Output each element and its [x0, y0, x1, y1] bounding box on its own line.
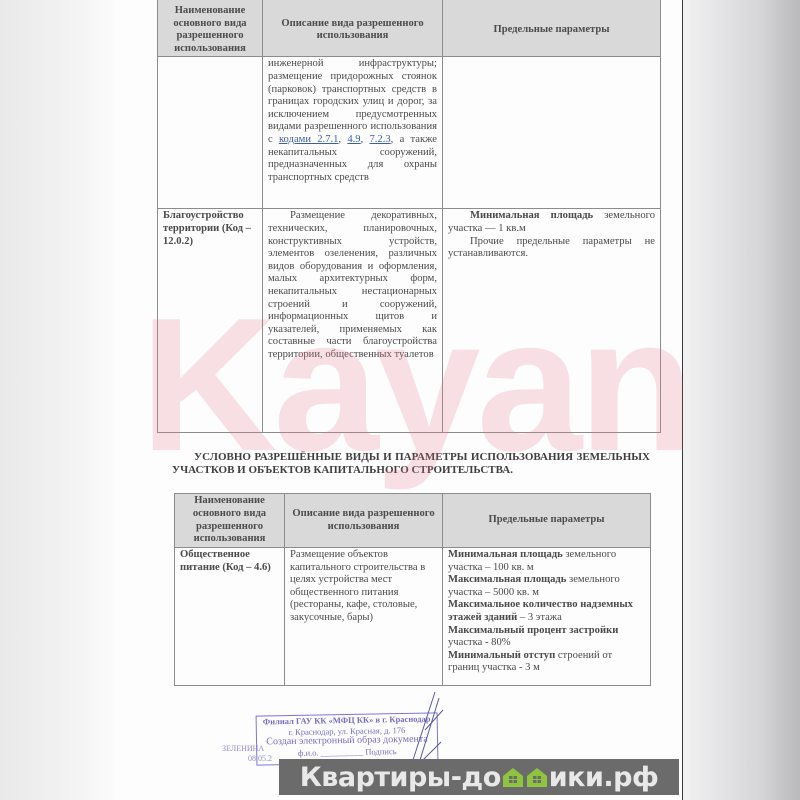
- row-description: Размещение декоративных, технических, пл…: [263, 209, 443, 433]
- row-description: инженерной инфраструктуры; размещение пр…: [263, 57, 443, 209]
- house-icon: [501, 765, 525, 789]
- table-row: инженерной инфраструктуры; размещение пр…: [158, 57, 661, 209]
- row-name: Благоустройство территории (Код – 12.0.2…: [158, 209, 263, 433]
- stamp-side-text: ЗЕЛЕНИНА 08.05.2: [222, 744, 272, 764]
- header-description: Описание вида разрешенного использования: [263, 0, 443, 57]
- code-link-2-7-1[interactable]: кодами 2.7.1: [279, 134, 339, 145]
- row-name: Общественное питание (Код – 4.6): [175, 548, 285, 686]
- header-params: Предельные параметры: [443, 0, 661, 57]
- permitted-uses-table: Наименование основного вида разрешенного…: [157, 0, 661, 433]
- table-row: Общественное питание (Код – 4.6) Размеще…: [175, 548, 651, 686]
- page-edge: [682, 0, 683, 800]
- table-row: Благоустройство территории (Код – 12.0.2…: [158, 209, 661, 433]
- header-params: Предельные параметры: [443, 494, 651, 548]
- row-params: Минимальная площадь земельного участка –…: [443, 548, 651, 686]
- code-link-4-9[interactable]: 4.9: [347, 134, 360, 145]
- section-title: УСЛОВНО РАЗРЕШЁННЫЕ ВИДЫ И ПАРАМЕТРЫ ИСП…: [172, 451, 650, 477]
- house-icon: [525, 765, 549, 789]
- row-params: [443, 57, 661, 209]
- row-name: [158, 57, 263, 209]
- table-header-row: Наименование основного вида разрешенного…: [175, 494, 651, 548]
- site-banner: Квартиры-до ики.рф: [279, 759, 679, 795]
- conditional-uses-table: Наименование основного вида разрешенного…: [174, 493, 651, 686]
- header-name: Наименование основного вида разрешенного…: [175, 494, 285, 548]
- header-description: Описание вида разрешенного использования: [285, 494, 443, 548]
- code-link-7-2-3[interactable]: 7.2.3: [369, 134, 390, 145]
- row-params: Минимальная площадь земельного участка —…: [443, 209, 661, 433]
- header-name: Наименование основного вида разрешенного…: [158, 0, 263, 57]
- row-description: Размещение объектов капитального строите…: [285, 548, 443, 686]
- table-header-row: Наименование основного вида разрешенного…: [158, 0, 661, 57]
